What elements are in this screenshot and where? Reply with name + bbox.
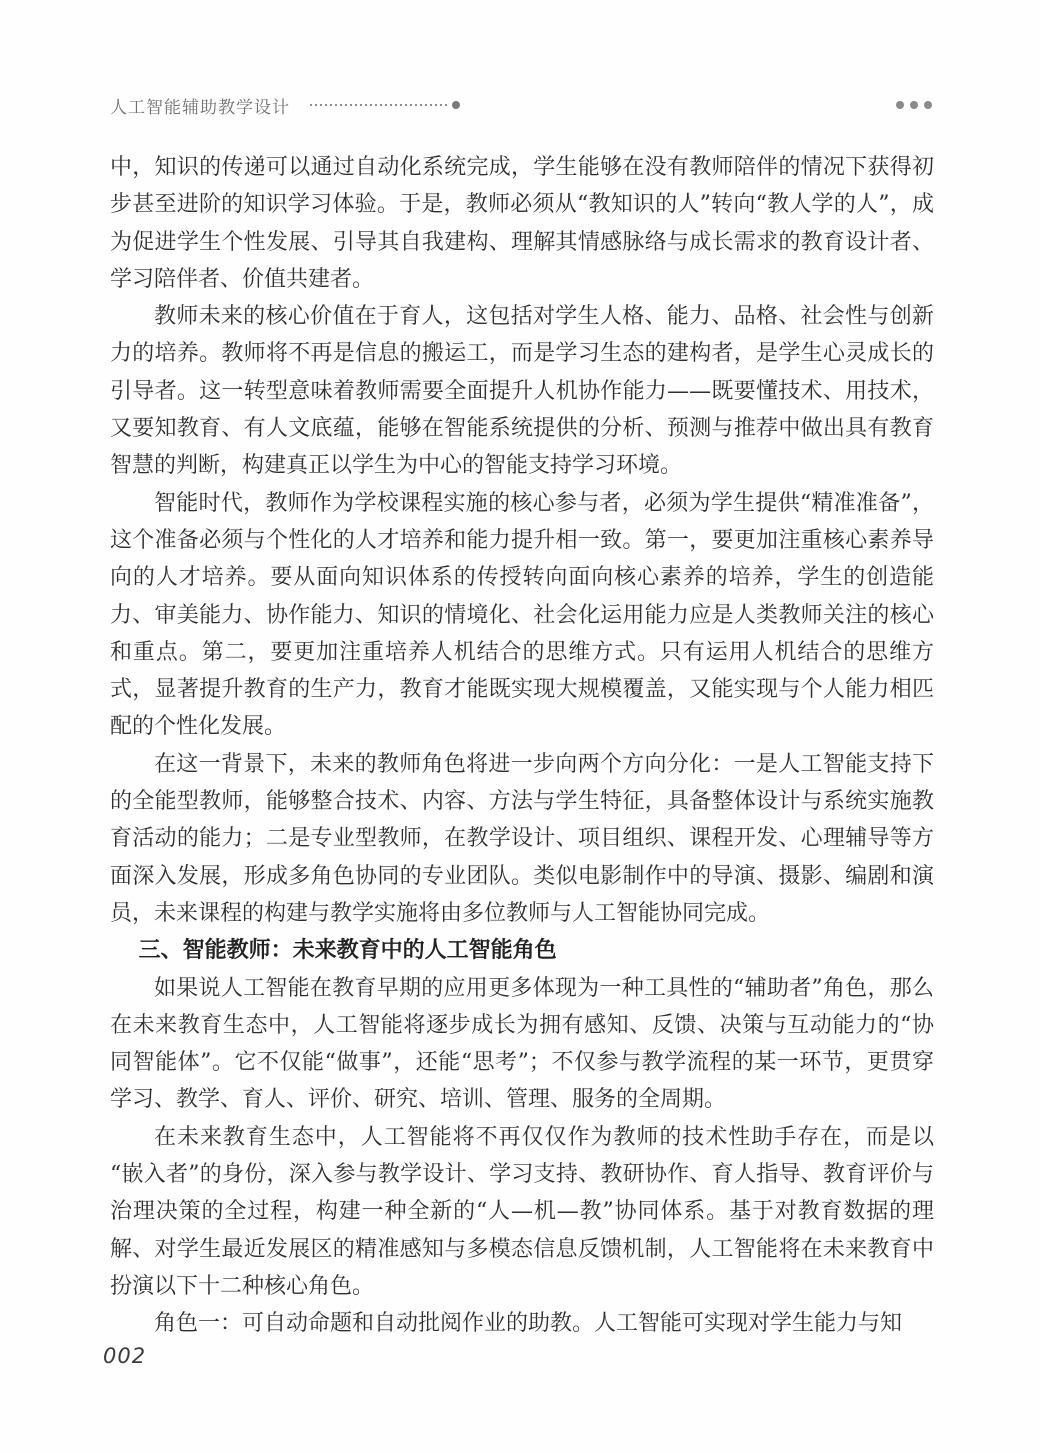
book-title: 人工智能辅助教学设计 bbox=[110, 93, 290, 118]
dot-icon bbox=[896, 101, 904, 109]
section-heading: 三、智能教师：未来教育中的人工智能角色 bbox=[110, 932, 934, 969]
paragraph-continued: 中，知识的传递可以通过自动化系统完成，学生能够在没有教师陪伴的情况下获得初步甚至… bbox=[110, 149, 934, 298]
dotted-leader-line bbox=[310, 104, 450, 106]
paragraph: 在未来教育生态中，人工智能将不再仅仅作为教师的技术性助手存在，而是以“嵌入者”的… bbox=[110, 1119, 934, 1305]
dot-icon bbox=[910, 101, 918, 109]
paragraph: 在这一背景下，未来的教师角色将进一步向两个方向分化：一是人工智能支持下的全能型教… bbox=[110, 746, 934, 932]
header-pager-dots bbox=[896, 101, 932, 109]
paragraph: 如果说人工智能在教育早期的应用更多体现为一种工具性的“辅助者”角色，那么在未来教… bbox=[110, 970, 934, 1119]
paragraph: 角色一：可自动命题和自动批阅作业的助教。人工智能可实现对学生能力与知 bbox=[110, 1305, 934, 1342]
leader-end-dot-icon bbox=[452, 101, 460, 109]
dot-icon bbox=[924, 101, 932, 109]
page-number: 002 bbox=[103, 1344, 146, 1368]
book-page: 人工智能辅助教学设计 中，知识的传递可以通过自动化系统完成，学生能够在没有教师陪… bbox=[0, 0, 1040, 1453]
paragraph: 智能时代，教师作为学校课程实施的核心参与者，必须为学生提供“精准准备”，这个准备… bbox=[110, 485, 934, 746]
page-header: 人工智能辅助教学设计 bbox=[110, 93, 932, 117]
paragraph: 教师未来的核心价值在于育人，这包括对学生人格、能力、品格、社会性与创新力的培养。… bbox=[110, 298, 934, 484]
body-text: 中，知识的传递可以通过自动化系统完成，学生能够在没有教师陪伴的情况下获得初步甚至… bbox=[110, 149, 934, 1343]
